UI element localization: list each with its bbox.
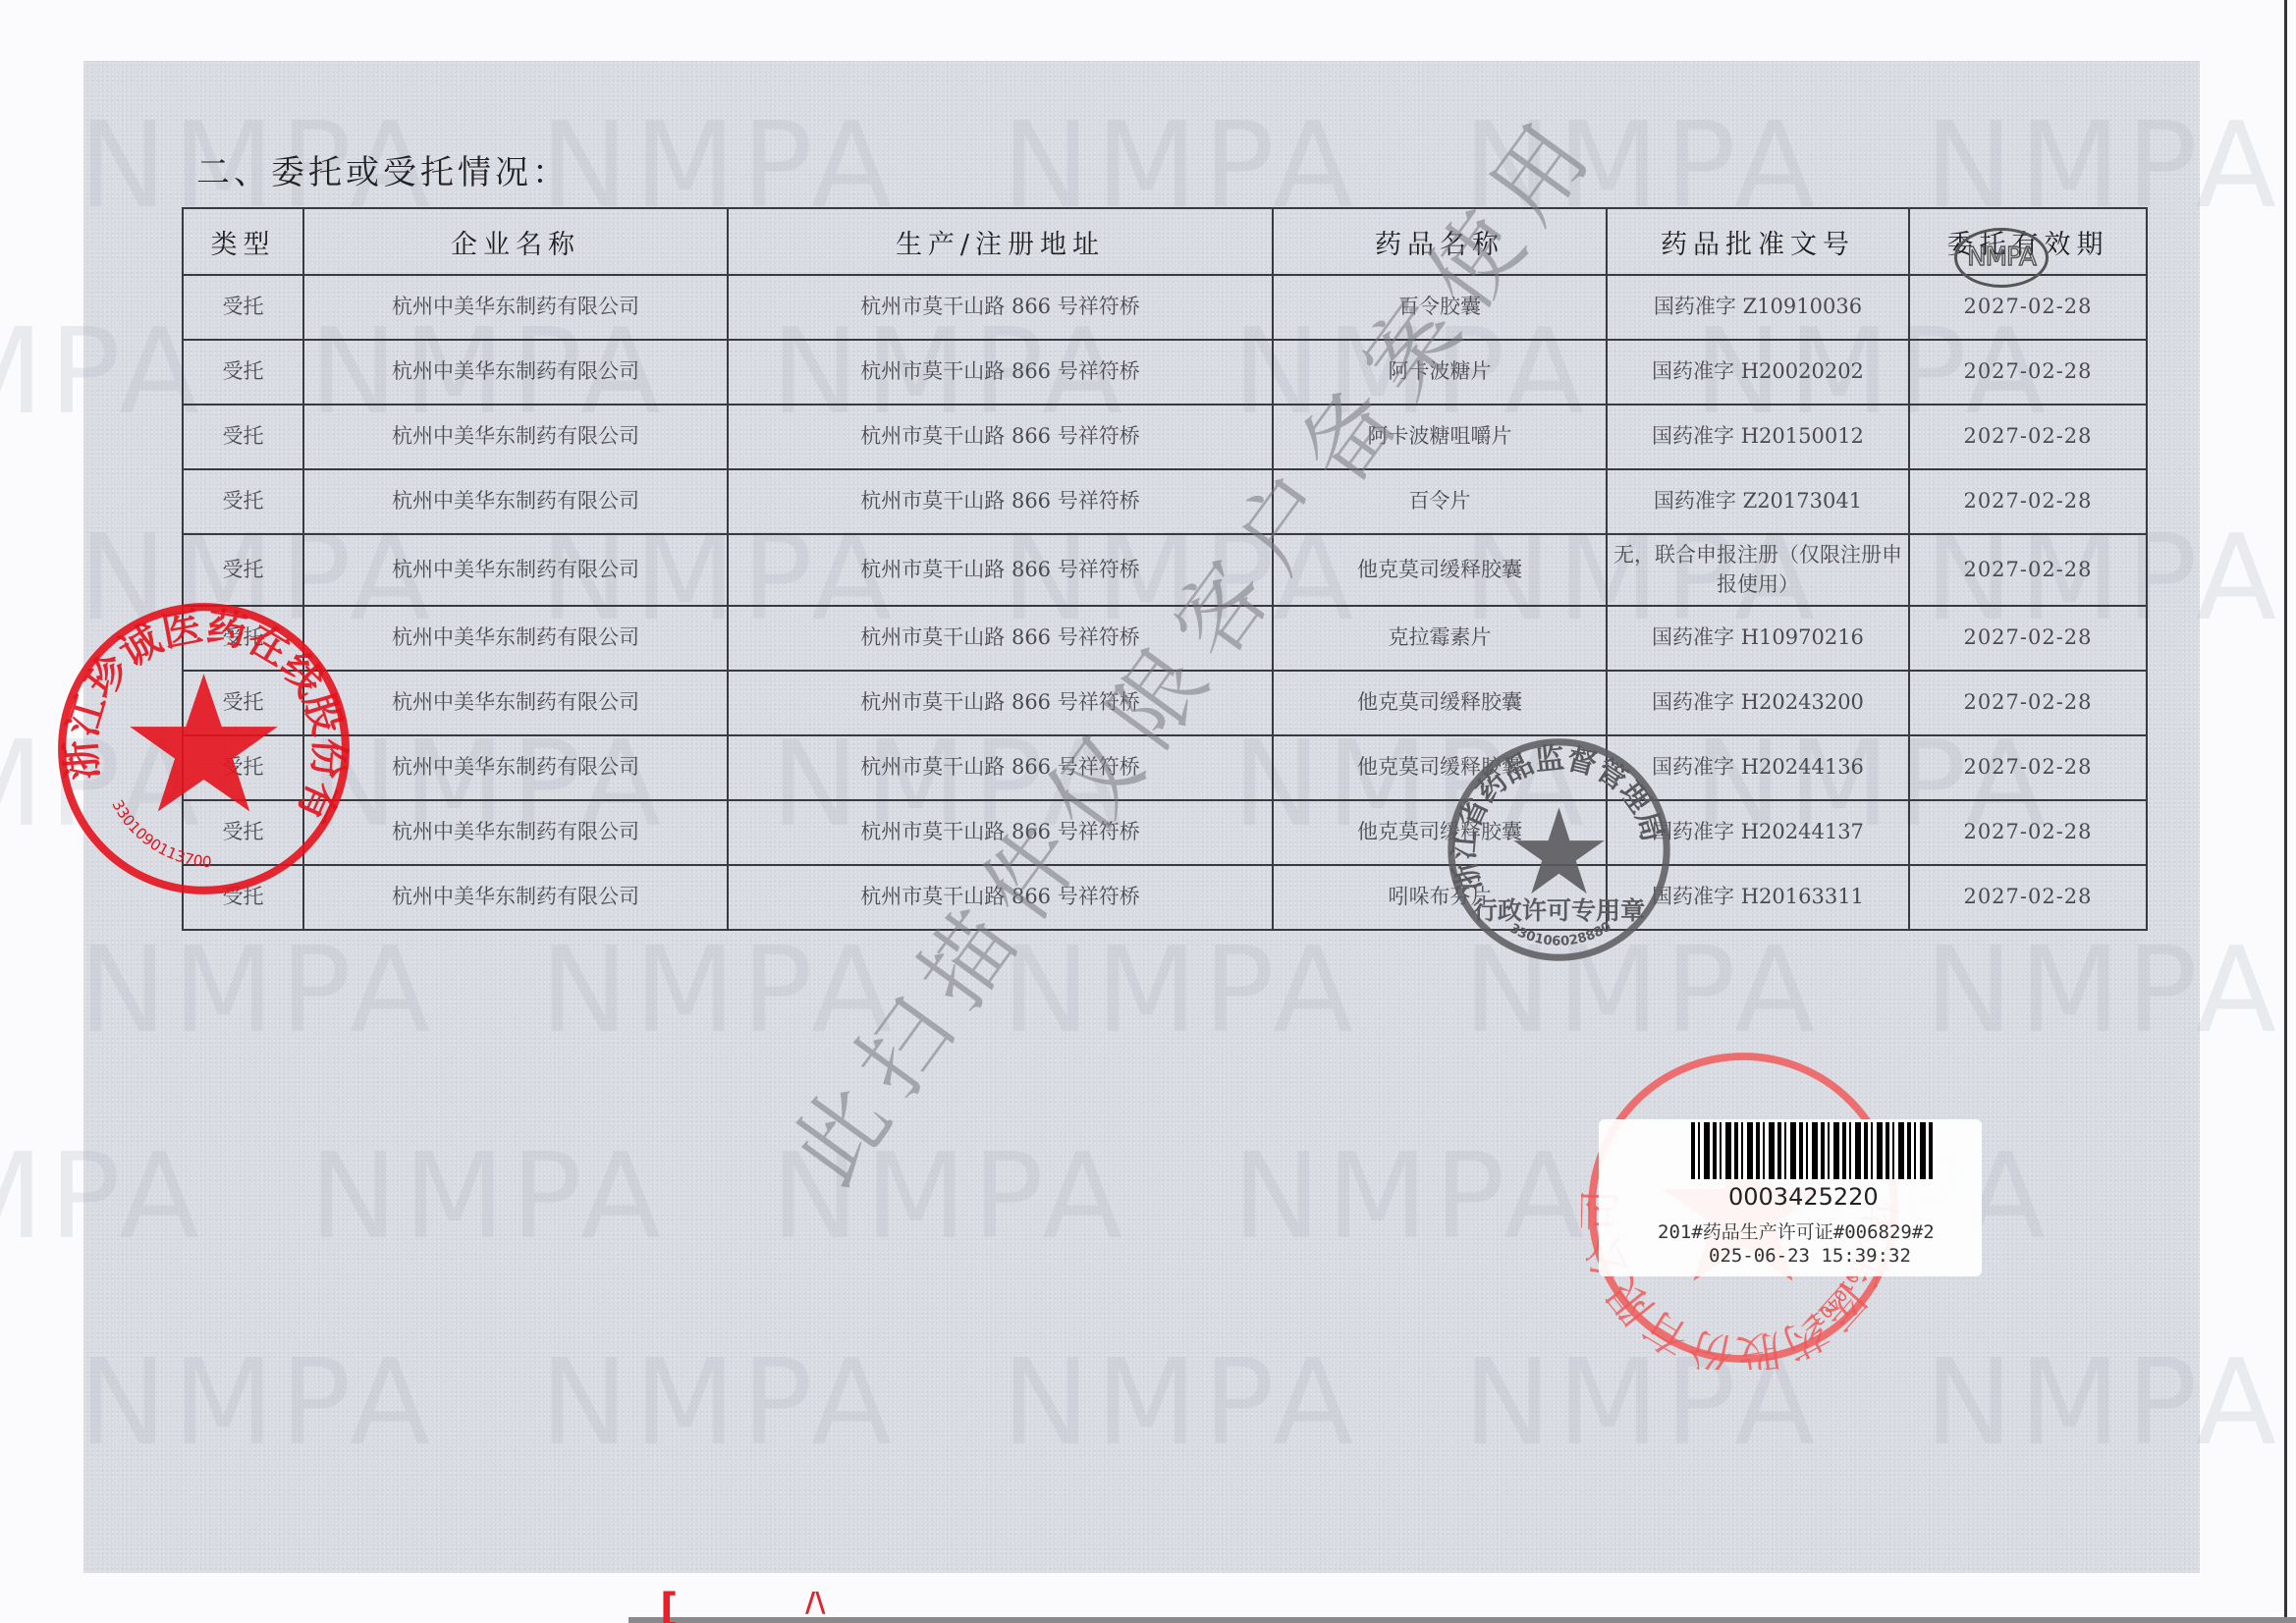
cell-type: 受托	[183, 865, 303, 930]
cell-drug: 克拉霉素片	[1273, 606, 1607, 671]
cell-drug: 他克莫司缓释胶囊	[1273, 800, 1607, 865]
cell-address: 杭州市莫干山路 866 号祥符桥	[728, 275, 1273, 340]
header-company: 企业名称	[303, 208, 728, 275]
label-timestamp: 025-06-23 15:39:32	[1709, 1245, 1911, 1267]
cell-company: 杭州中美华东制药有限公司	[303, 800, 728, 865]
cell-type: 受托	[183, 340, 303, 405]
cell-valid: 2027-02-28	[1909, 469, 2147, 534]
cell-approval: 国药准字 H20150012	[1607, 405, 1909, 469]
cell-type: 受托	[183, 275, 303, 340]
cell-drug: 阿卡波糖咀嚼片	[1273, 405, 1607, 469]
cell-type: 受托	[183, 606, 303, 671]
cell-type: 受托	[183, 469, 303, 534]
cell-address: 杭州市莫干山路 866 号祥符桥	[728, 340, 1273, 405]
table-row: 受托杭州中美华东制药有限公司杭州市莫干山路 866 号祥符桥百令胶囊国药准字 Z…	[183, 275, 2147, 340]
header-drug: 药品名称	[1273, 208, 1607, 275]
cell-type: 受托	[183, 405, 303, 469]
nmpa-logo-icon: NMPA	[1954, 228, 2049, 288]
cell-address: 杭州市莫干山路 866 号祥符桥	[728, 606, 1273, 671]
cell-approval: 国药准字 H20244136	[1607, 735, 1909, 800]
seal-fragment: [	[660, 1586, 678, 1623]
cell-company: 杭州中美华东制药有限公司	[303, 405, 728, 469]
header-approval: 药品批准文号	[1607, 208, 1909, 275]
cell-drug: 百令片	[1273, 469, 1607, 534]
barcode-icon	[1691, 1122, 1935, 1179]
cell-valid: 2027-02-28	[1909, 865, 2147, 930]
cell-valid: 2027-02-28	[1909, 735, 2147, 800]
cell-address: 杭州市莫干山路 866 号祥符桥	[728, 405, 1273, 469]
cell-approval: 国药准字 H10970216	[1607, 606, 1909, 671]
cell-valid: 2027-02-28	[1909, 800, 2147, 865]
cell-type: 受托	[183, 534, 303, 606]
cell-address: 杭州市莫干山路 866 号祥符桥	[728, 671, 1273, 735]
cell-company: 杭州中美华东制药有限公司	[303, 340, 728, 405]
section-title: 二、委托或受托情况：	[196, 145, 570, 193]
cell-valid: 2027-02-28	[1909, 534, 2147, 606]
cell-company: 杭州中美华东制药有限公司	[303, 469, 728, 534]
cell-valid: 2027-02-28	[1909, 340, 2147, 405]
cell-approval: 国药准字 Z10910036	[1607, 275, 1909, 340]
license-line: 201#药品生产许可证#006829#2	[1658, 1217, 1935, 1244]
header-address: 生产/注册地址	[728, 208, 1273, 275]
table-row: 受托杭州中美华东制药有限公司杭州市莫干山路 866 号祥符桥克拉霉素片国药准字 …	[183, 606, 2147, 671]
cell-drug: 百令胶囊	[1273, 275, 1607, 340]
cell-valid: 2027-02-28	[1909, 405, 2147, 469]
cell-address: 杭州市莫干山路 866 号祥符桥	[728, 534, 1273, 606]
cell-company: 杭州中美华东制药有限公司	[303, 865, 728, 930]
table-row: 受托杭州中美华东制药有限公司杭州市莫干山路 866 号祥符桥他克莫司缓释胶囊国药…	[183, 735, 2147, 800]
cell-type: 受托	[183, 671, 303, 735]
cell-company: 杭州中美华东制药有限公司	[303, 606, 728, 671]
cell-address: 杭州市莫干山路 866 号祥符桥	[728, 800, 1273, 865]
cell-approval: 国药准字 Z20173041	[1607, 469, 1909, 534]
cell-company: 杭州中美华东制药有限公司	[303, 275, 728, 340]
cell-approval: 无，联合申报注册（仅限注册申报使用）	[1607, 534, 1909, 606]
table-row: 受托杭州中美华东制药有限公司杭州市莫干山路 866 号祥符桥阿卡波糖片国药准字 …	[183, 340, 2147, 405]
scan-edge	[2284, 0, 2287, 1623]
cell-approval: 国药准字 H20020202	[1607, 340, 1909, 405]
cell-company: 杭州中美华东制药有限公司	[303, 534, 728, 606]
header-type: 类型	[183, 208, 303, 275]
cell-type: 受托	[183, 800, 303, 865]
table-row: 受托杭州中美华东制药有限公司杭州市莫干山路 866 号祥符桥他克莫司缓释胶囊国药…	[183, 800, 2147, 865]
cell-approval: 国药准字 H20163311	[1607, 865, 1909, 930]
cell-valid: 2027-02-28	[1909, 606, 2147, 671]
table-row: 受托杭州中美华东制药有限公司杭州市莫干山路 866 号祥符桥吲哚布芬片国药准字 …	[183, 865, 2147, 930]
cell-company: 杭州中美华东制药有限公司	[303, 735, 728, 800]
cell-type: 受托	[183, 735, 303, 800]
seal-fragment: /\	[805, 1586, 825, 1618]
cell-address: 杭州市莫干山路 866 号祥符桥	[728, 735, 1273, 800]
table-header-row: 类型 企业名称 生产/注册地址 药品名称 药品批准文号 委托有效期	[183, 208, 2147, 275]
cell-drug: 他克莫司缓释胶囊	[1273, 735, 1607, 800]
cell-approval: 国药准字 H20244137	[1607, 800, 1909, 865]
cell-drug: 他克莫司缓释胶囊	[1273, 534, 1607, 606]
scan-edge	[629, 1617, 2296, 1623]
entrustment-table: 类型 企业名称 生产/注册地址 药品名称 药品批准文号 委托有效期 受托杭州中美…	[182, 207, 2148, 931]
cell-valid: 2027-02-28	[1909, 275, 2147, 340]
table-row: 受托杭州中美华东制药有限公司杭州市莫干山路 866 号祥符桥他克莫司缓释胶囊无，…	[183, 534, 2147, 606]
cell-drug: 他克莫司缓释胶囊	[1273, 671, 1607, 735]
cell-drug: 吲哚布芬片	[1273, 865, 1607, 930]
table-row: 受托杭州中美华东制药有限公司杭州市莫干山路 866 号祥符桥他克莫司缓释胶囊国药…	[183, 671, 2147, 735]
table-row: 受托杭州中美华东制药有限公司杭州市莫干山路 866 号祥符桥百令片国药准字 Z2…	[183, 469, 2147, 534]
table-row: 受托杭州中美华东制药有限公司杭州市莫干山路 866 号祥符桥阿卡波糖咀嚼片国药准…	[183, 405, 2147, 469]
cell-drug: 阿卡波糖片	[1273, 340, 1607, 405]
cell-company: 杭州中美华东制药有限公司	[303, 671, 728, 735]
cell-valid: 2027-02-28	[1909, 671, 2147, 735]
cell-address: 杭州市莫干山路 866 号祥符桥	[728, 469, 1273, 534]
barcode-number: 0003425220	[1728, 1183, 1879, 1211]
cell-approval: 国药准字 H20243200	[1607, 671, 1909, 735]
cell-address: 杭州市莫干山路 866 号祥符桥	[728, 865, 1273, 930]
